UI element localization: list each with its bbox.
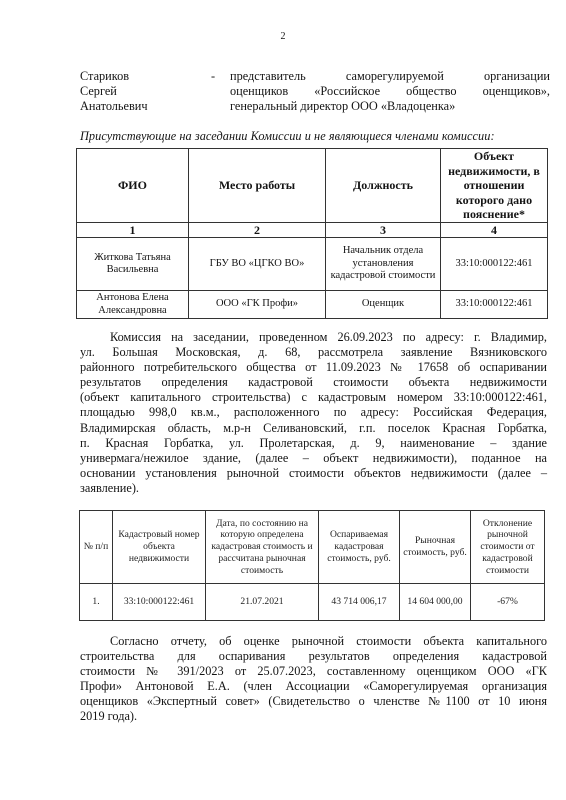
table-row: Житкова Татьяна Васильевна ГБУ ВО «ЦГКО …: [77, 238, 548, 291]
paragraph-line: ул. Большая Московская, д. 68, рассмотре…: [80, 345, 547, 360]
table-header-row: ФИО Место работы Должность Объект недвиж…: [77, 149, 548, 223]
member-role-line: представитель саморегулируемой организац…: [230, 69, 550, 84]
paragraph-line: Профи» Антоновой Е.А. (член Ассоциации «…: [80, 679, 547, 694]
paragraph-line: площадью 998,0 кв.м., расположенного по …: [80, 405, 547, 420]
attendee-position: Оценщик: [326, 291, 441, 319]
valuation-date: 21.07.2021: [206, 584, 319, 621]
attendee-name: Антонова Елена Александровна: [77, 291, 189, 319]
page-number: 2: [0, 31, 566, 42]
cadastral-number: 33:10:000122:461: [113, 584, 206, 621]
attendee-workplace: ООО «ГК Профи»: [189, 291, 326, 319]
attendees-table: ФИО Место работы Должность Объект недвиж…: [76, 148, 548, 319]
appraisal-report-paragraph: Согласно отчету, об оценке рыночной стои…: [80, 634, 547, 725]
paragraph-line: результатов определения кадастровой стои…: [80, 375, 547, 390]
paragraph-line: Комиссия на заседании, проведенном 26.09…: [80, 330, 547, 345]
member-first-name: Сергей: [80, 84, 200, 99]
attendees-caption: Присутствующие на заседании Комиссии и н…: [80, 129, 495, 144]
disputed-value: 43 714 006,17: [319, 584, 400, 621]
column-number: 4: [441, 223, 548, 238]
header-property: Объект недвижимости, в отношении которог…: [441, 149, 548, 223]
table-row: 1. 33:10:000122:461 21.07.2021 43 714 00…: [80, 584, 545, 621]
member-role-line: оценщиков «Российское общество оценщиков…: [230, 84, 550, 99]
paragraph-line: районного потребительского общества от 1…: [80, 360, 547, 375]
attendee-property: 33:10:000122:461: [441, 238, 548, 291]
paragraph-line: п. Красная Горбатка, ул. Пролетарская, д…: [80, 436, 547, 451]
paragraph-line: основании установления рыночной стоимост…: [80, 466, 547, 481]
paragraph-line: строительства для оспаривания результато…: [80, 649, 547, 664]
attendee-workplace: ГБУ ВО «ЦГКО ВО»: [189, 238, 326, 291]
member-role-line: генеральный директор ООО «Владоценка»: [230, 99, 550, 114]
header-position: Должность: [326, 149, 441, 223]
header-cadastral-number: Кадастровый номер объекта недвижимости: [113, 511, 206, 584]
paragraph-line: стоимости № 391/2023 от 25.07.2023, сост…: [80, 664, 547, 679]
member-patronymic: Анатольевич: [80, 99, 200, 114]
member-surname: Стариков: [80, 69, 200, 84]
column-number: 1: [77, 223, 189, 238]
member-role: представитель саморегулируемой организац…: [230, 69, 550, 114]
table-row: Антонова Елена Александровна ООО «ГК Про…: [77, 291, 548, 319]
paragraph-line: Согласно отчету, об оценке рыночной стои…: [80, 634, 547, 649]
header-fio: ФИО: [77, 149, 189, 223]
commission-review-paragraph: Комиссия на заседании, проведенном 26.09…: [80, 330, 547, 496]
paragraph-line: универмага/нежилое здание, (далее – объе…: [80, 451, 547, 466]
header-row-number: № п/п: [80, 511, 113, 584]
column-number-row: 1 2 3 4: [77, 223, 548, 238]
header-workplace: Место работы: [189, 149, 326, 223]
header-deviation: Отклонение рыночной стоимости от кадастр…: [471, 511, 545, 584]
market-value: 14 604 000,00: [400, 584, 471, 621]
header-disputed-value: Оспариваемая кадастровая стоимость, руб.: [319, 511, 400, 584]
deviation: -67%: [471, 584, 545, 621]
valuation-table: № п/п Кадастровый номер объекта недвижим…: [79, 510, 545, 621]
attendee-position: Начальник отдела установления кадастрово…: [326, 238, 441, 291]
column-number: 3: [326, 223, 441, 238]
member-dash: -: [211, 69, 215, 84]
table-header-row: № п/п Кадастровый номер объекта недвижим…: [80, 511, 545, 584]
member-name: Стариков Сергей Анатольевич: [80, 69, 200, 114]
attendee-property: 33:10:000122:461: [441, 291, 548, 319]
paragraph-line: заявление).: [80, 481, 547, 496]
header-market-value: Рыночная стоимость, руб.: [400, 511, 471, 584]
row-number: 1.: [80, 584, 113, 621]
paragraph-line: 2019 года).: [80, 709, 547, 724]
paragraph-line: (объект капитального строительства) с ка…: [80, 390, 547, 405]
paragraph-line: Владимирская область, м.р-н Селивановски…: [80, 421, 547, 436]
column-number: 2: [189, 223, 326, 238]
attendee-name: Житкова Татьяна Васильевна: [77, 238, 189, 291]
header-valuation-date: Дата, по состоянию на которую определена…: [206, 511, 319, 584]
paragraph-line: оценщиков «Экспертный совет» (Свидетельс…: [80, 694, 547, 709]
